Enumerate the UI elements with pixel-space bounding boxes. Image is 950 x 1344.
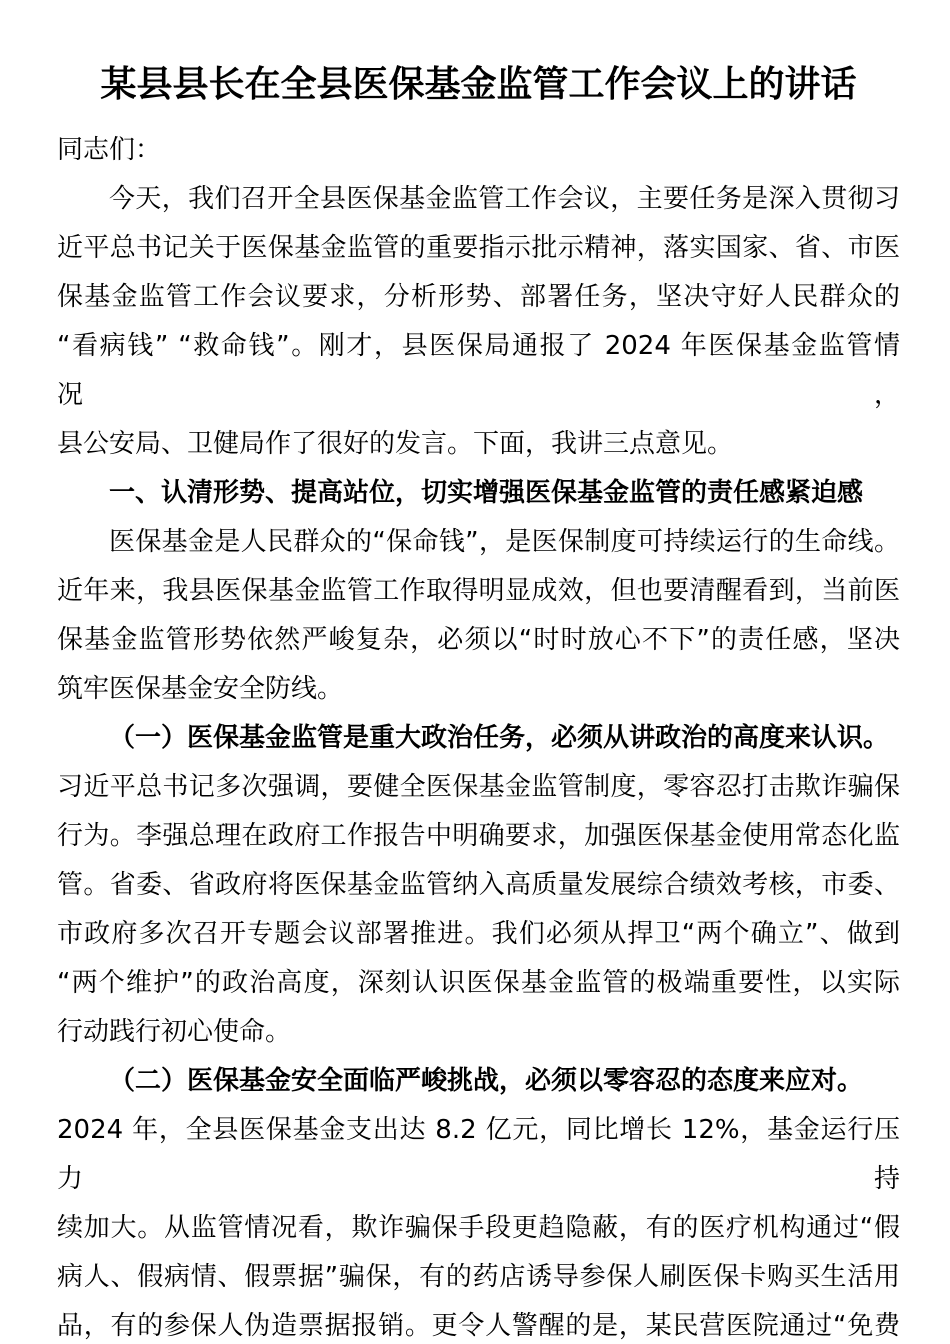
body-line: 同志们：	[57, 126, 900, 175]
body-line: 市政府多次召开专题会议部署推进。我们必须从捍卫“两个确立”、做到	[57, 910, 900, 959]
body-line: 品，有的参保人伪造票据报销。更令人警醒的是，某民营医院通过“免费	[57, 1302, 900, 1344]
body-line: 病人、假病情、假票据”骗保，有的药店诱导参保人刷医保卡购买生活用	[57, 1253, 900, 1302]
document-body: 同志们：今天，我们召开全县医保基金监管工作会议，主要任务是深入贯彻习近平总书记关…	[57, 126, 900, 1344]
body-line: 今天，我们召开全县医保基金监管工作会议，主要任务是深入贯彻习	[57, 175, 900, 224]
body-line: 保基金监管工作会议要求，分析形势、部署任务，坚决守好人民群众的	[57, 273, 900, 322]
body-line: “两个维护”的政治高度，深刻认识医保基金监管的极端重要性，以实际	[57, 959, 900, 1008]
body-line: 2024 年，全县医保基金支出达 8.2 亿元，同比增长 12%，基金运行压力持	[57, 1106, 900, 1204]
document-title: 某县县长在全县医保基金监管工作会议上的讲话	[57, 58, 900, 112]
heading-line: （二）医保基金安全面临严峻挑战，必须以零容忍的态度来应对。	[57, 1057, 900, 1106]
body-line: 习近平总书记多次强调，要健全医保基金监管制度，零容忍打击欺诈骗保	[57, 763, 900, 812]
body-line: 筑牢医保基金安全防线。	[57, 665, 900, 714]
body-line: 行动践行初心使命。	[57, 1008, 900, 1057]
heading-line: 一、认清形势、提高站位，切实增强医保基金监管的责任感紧迫感	[57, 469, 900, 518]
body-line: 行为。李强总理在政府工作报告中明确要求，加强医保基金使用常态化监	[57, 812, 900, 861]
heading-line: （一）医保基金监管是重大政治任务，必须从讲政治的高度来认识。	[57, 714, 900, 763]
body-line: 保基金监管形势依然严峻复杂，必须以“时时放心不下”的责任感，坚决	[57, 616, 900, 665]
body-line: 续加大。从监管情况看，欺诈骗保手段更趋隐蔽，有的医疗机构通过“假	[57, 1204, 900, 1253]
body-line: “看病钱” “救命钱”。刚才，县医保局通报了 2024 年医保基金监管情况，	[57, 322, 900, 420]
document-page: 某县县长在全县医保基金监管工作会议上的讲话 同志们：今天，我们召开全县医保基金监…	[0, 0, 950, 1344]
body-line: 近平总书记关于医保基金监管的重要指示批示精神，落实国家、省、市医	[57, 224, 900, 273]
body-line: 县公安局、卫健局作了很好的发言。下面，我讲三点意见。	[57, 420, 900, 469]
body-line: 管。省委、省政府将医保基金监管纳入高质量发展综合绩效考核，市委、	[57, 861, 900, 910]
body-line: 近年来，我县医保基金监管工作取得明显成效，但也要清醒看到，当前医	[57, 567, 900, 616]
body-line: 医保基金是人民群众的“保命钱”，是医保制度可持续运行的生命线。	[57, 518, 900, 567]
